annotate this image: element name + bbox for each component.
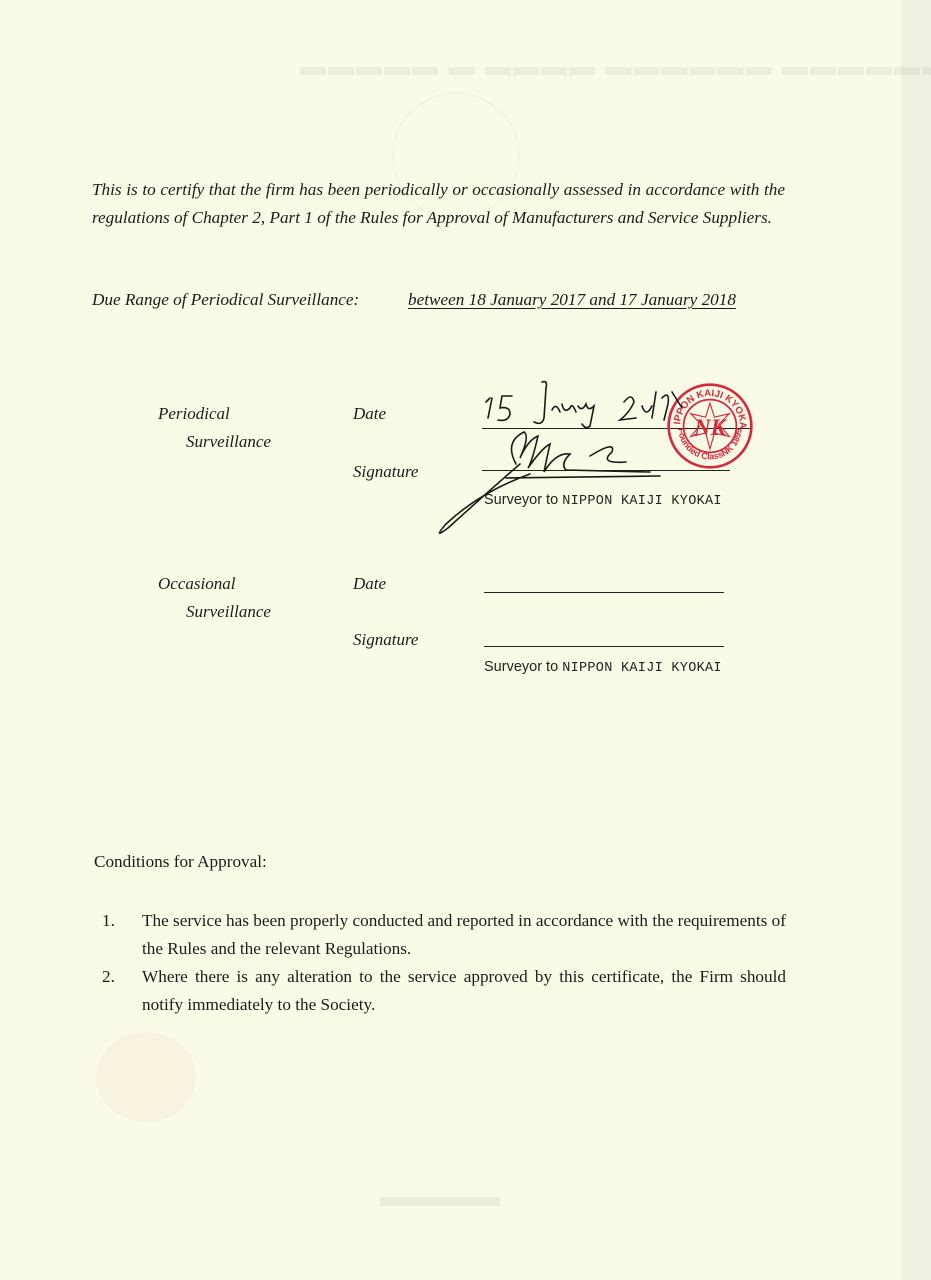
condition-item: 2. Where there is any alteration to the … — [102, 963, 786, 1019]
surveyor-prefix: Surveyor to — [484, 492, 558, 508]
periodical-date-label: Date — [353, 404, 386, 424]
occasional-signature-line — [484, 646, 724, 647]
periodical-surveyor-caption: Surveyor to NIPPON KAIJI KYOKAI — [484, 492, 722, 509]
show-through-footer: ▬▬▬▬ — [380, 1180, 500, 1214]
show-through-header: ▬▬▬▬▬ ▬ ▬▬▬▬ ▬▬▬▬▬▬ ▬▬▬▬▬▬ — [300, 52, 931, 82]
condition-text: The service has been properly conducted … — [142, 907, 786, 963]
due-range-value: between 18 January 2017 and 17 January 2… — [408, 290, 736, 310]
conditions-title: Conditions for Approval: — [94, 852, 267, 872]
occasional-date-line — [484, 592, 724, 593]
classnk-stamp-icon: NIPPON KAIJI KYOKAI Founded ClassNK 1899… — [666, 382, 754, 470]
occasional-surveyor-caption: Surveyor to NIPPON KAIJI KYOKAI — [484, 659, 722, 676]
surveyor-prefix: Surveyor to — [484, 659, 558, 675]
condition-item: 1. The service has been properly conduct… — [102, 907, 786, 963]
occasional-title: Occasional — [158, 574, 235, 594]
due-range-label: Due Range of Periodical Surveillance: — [92, 290, 359, 310]
periodical-title: Periodical — [158, 404, 230, 424]
occasional-signature-label: Signature — [353, 630, 418, 650]
svg-text:NK: NK — [693, 415, 728, 440]
occasional-title-line2: Surveillance — [186, 602, 271, 622]
condition-number: 2. — [102, 963, 142, 1019]
occasional-date-label: Date — [353, 574, 386, 594]
surveyor-org: NIPPON KAIJI KYOKAI — [562, 661, 722, 676]
condition-text: Where there is any alteration to the ser… — [142, 963, 786, 1019]
condition-number: 1. — [102, 907, 142, 963]
conditions-list: 1. The service has been properly conduct… — [102, 907, 786, 1019]
surveyor-org: NIPPON KAIJI KYOKAI — [562, 494, 722, 509]
periodical-signature-label: Signature — [353, 462, 418, 482]
periodical-signature-line — [482, 470, 730, 471]
periodical-title-line2: Surveillance — [186, 432, 271, 452]
scan-edge — [901, 0, 931, 1280]
certification-text: This is to certify that the firm has bee… — [92, 176, 785, 232]
show-through-stamp — [96, 1032, 196, 1122]
